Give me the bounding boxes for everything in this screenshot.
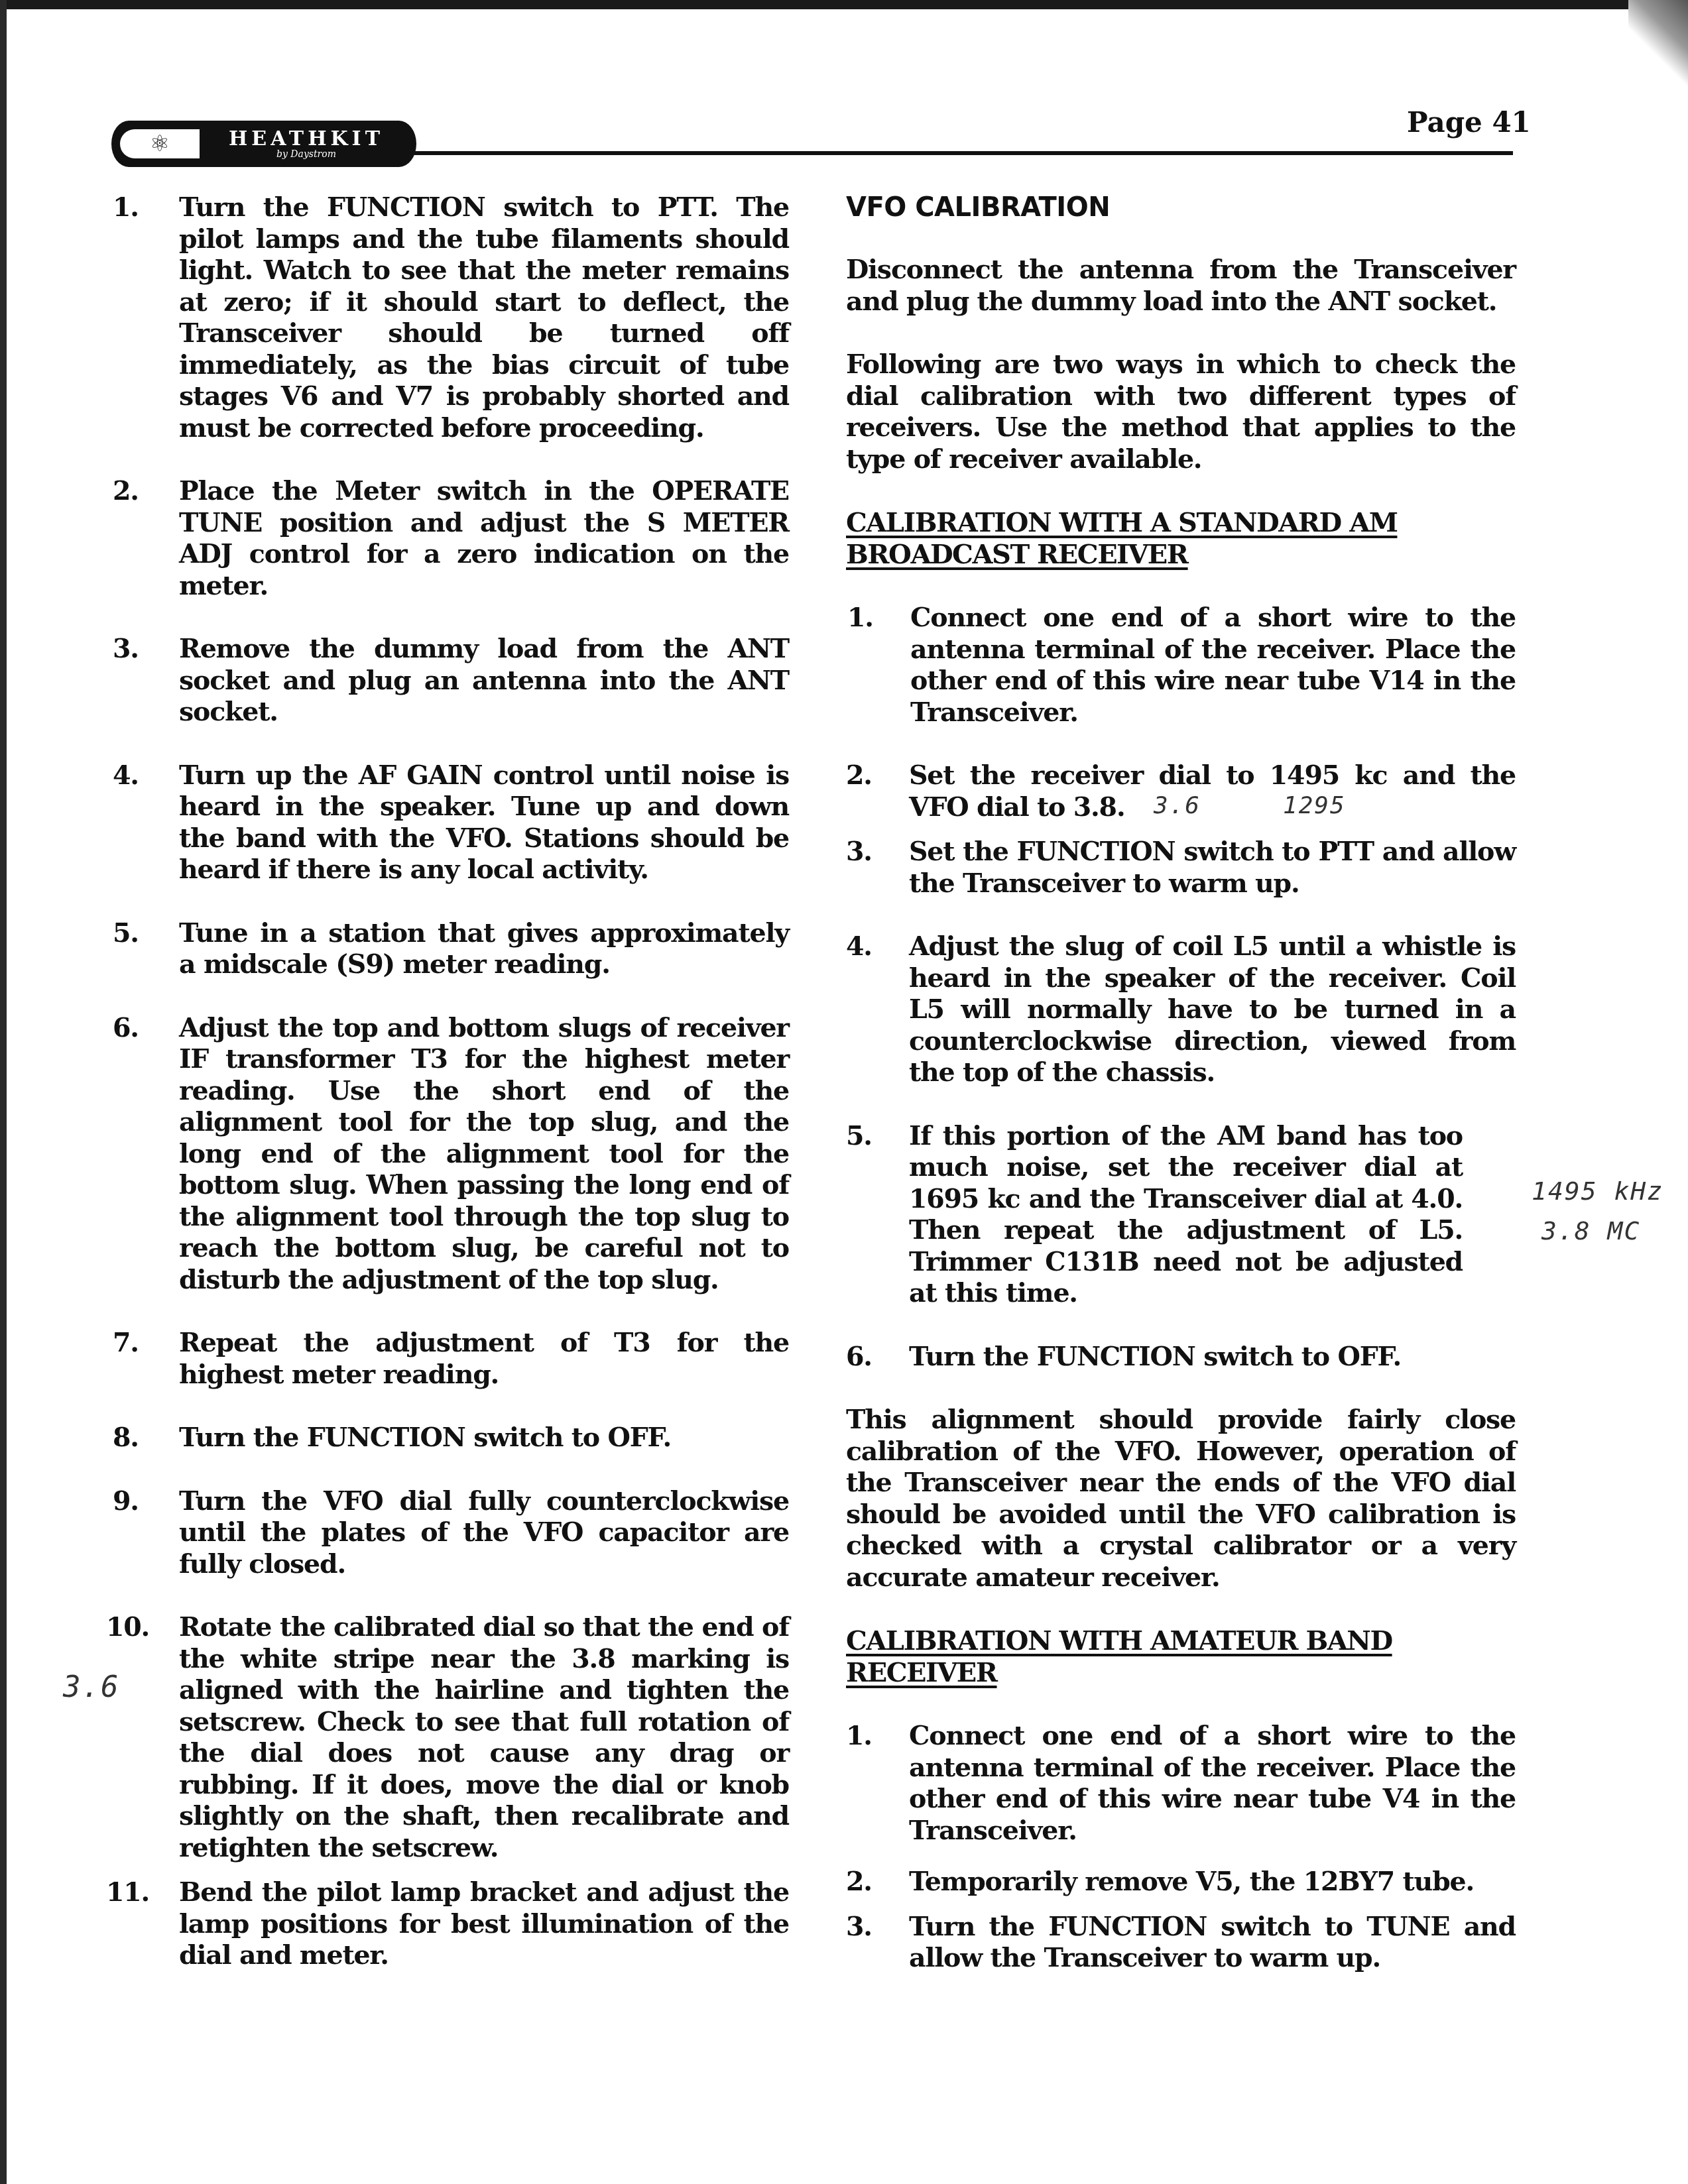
- step-ham-2: 2. Temporarily remove V5, the 12BY7 tube…: [846, 1867, 1516, 1898]
- logo-brand: HEATHKIT: [229, 129, 384, 150]
- subsection-amateur-band: CALIBRATION WITH AMATEUR BAND RECEIVER: [846, 1625, 1416, 1689]
- step-left-9: 9. Turn the VFO dial fully counterclockw…: [113, 1486, 789, 1581]
- subsection-am-broadcast: CALIBRATION WITH A STANDARD AM BROADCAST…: [846, 507, 1516, 571]
- step-left-2: 2. Place the Meter switch in the OPERATE…: [113, 476, 789, 602]
- step-left-4: 4. Turn up the AF GAIN control until noi…: [113, 760, 789, 886]
- scan-edge-left: [0, 0, 7, 2184]
- step-left-3: 3. Remove the dummy load from the ANT so…: [113, 634, 789, 728]
- page-corner-fold: [1628, 0, 1688, 86]
- scan-edge-top: [0, 0, 1688, 9]
- page-number: Page 41: [1407, 106, 1531, 139]
- handwritten-note-receiver: 1295: [1283, 792, 1346, 819]
- step-am-3: 3. Set the FUNCTION switch to PTT and al…: [846, 836, 1516, 899]
- step-left-10: 10. Rotate the calibrated dial so that t…: [106, 1612, 789, 1864]
- handwritten-note-vfo: 3.6: [1154, 792, 1201, 819]
- step-am-4: 4. Adjust the slug of coil L5 until a wh…: [846, 931, 1516, 1089]
- handwritten-note-dial: 3.6: [63, 1670, 119, 1704]
- step-left-8: 8. Turn the FUNCTION switch to OFF.: [113, 1422, 789, 1454]
- left-column: 1. Turn the FUNCTION switch to PTT. The …: [113, 192, 789, 1972]
- closing-paragraph: This alignment should provide fairly clo…: [846, 1405, 1516, 1593]
- handwritten-note-mc: 3.8 MC: [1541, 1216, 1640, 1245]
- step-am-5: 5. If this portion of the AM band has to…: [846, 1121, 1463, 1310]
- step-am-6: 6. Turn the FUNCTION switch to OFF.: [846, 1342, 1516, 1373]
- step-am-1: 1. Connect one end of a short wire to th…: [847, 603, 1516, 728]
- step-ham-1: 1. Connect one end of a short wire to th…: [846, 1721, 1516, 1847]
- step-left-6: 6. Adjust the top and bottom slugs of re…: [113, 1013, 789, 1296]
- step-left-11: 11. Bend the pilot lamp bracket and adju…: [106, 1877, 789, 1972]
- step-left-5: 5. Tune in a station that gives approxim…: [113, 918, 789, 981]
- step-left-7: 7. Repeat the adjustment of T3 for the h…: [113, 1328, 789, 1391]
- step-left-1: 1. Turn the FUNCTION switch to PTT. The …: [113, 192, 789, 444]
- intro-paragraph-1: Disconnect the antenna from the Transcei…: [846, 255, 1516, 317]
- atom-icon: ⚛: [120, 129, 200, 158]
- step-ham-3: 3. Turn the FUNCTION switch to TUNE and …: [846, 1912, 1516, 1975]
- heathkit-logo: ⚛ HEATHKIT by Daystrom: [111, 121, 416, 167]
- logo-subtitle: by Daystrom: [276, 150, 336, 159]
- header-rule: [406, 151, 1513, 155]
- right-column: VFO CALIBRATION Disconnect the antenna f…: [846, 192, 1516, 1975]
- handwritten-note-freq: 1495 kHz: [1532, 1177, 1664, 1206]
- intro-paragraph-2: Following are two ways in which to check…: [846, 349, 1516, 475]
- section-title: VFO CALIBRATION: [846, 192, 1516, 223]
